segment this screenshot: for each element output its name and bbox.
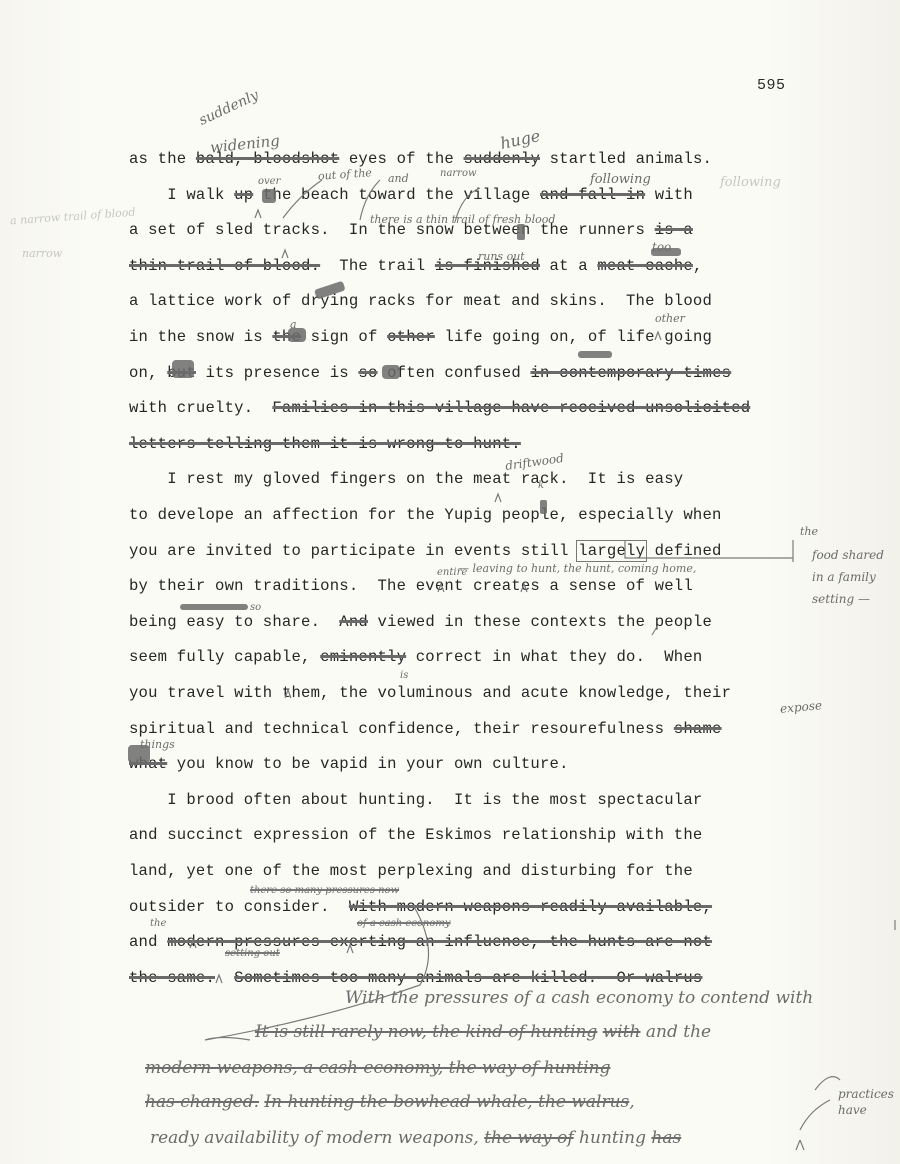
manuscript-page: 595 as the bald, bloodshot eyes of the s… — [0, 0, 900, 1164]
pencil-marks — [0, 0, 900, 1164]
